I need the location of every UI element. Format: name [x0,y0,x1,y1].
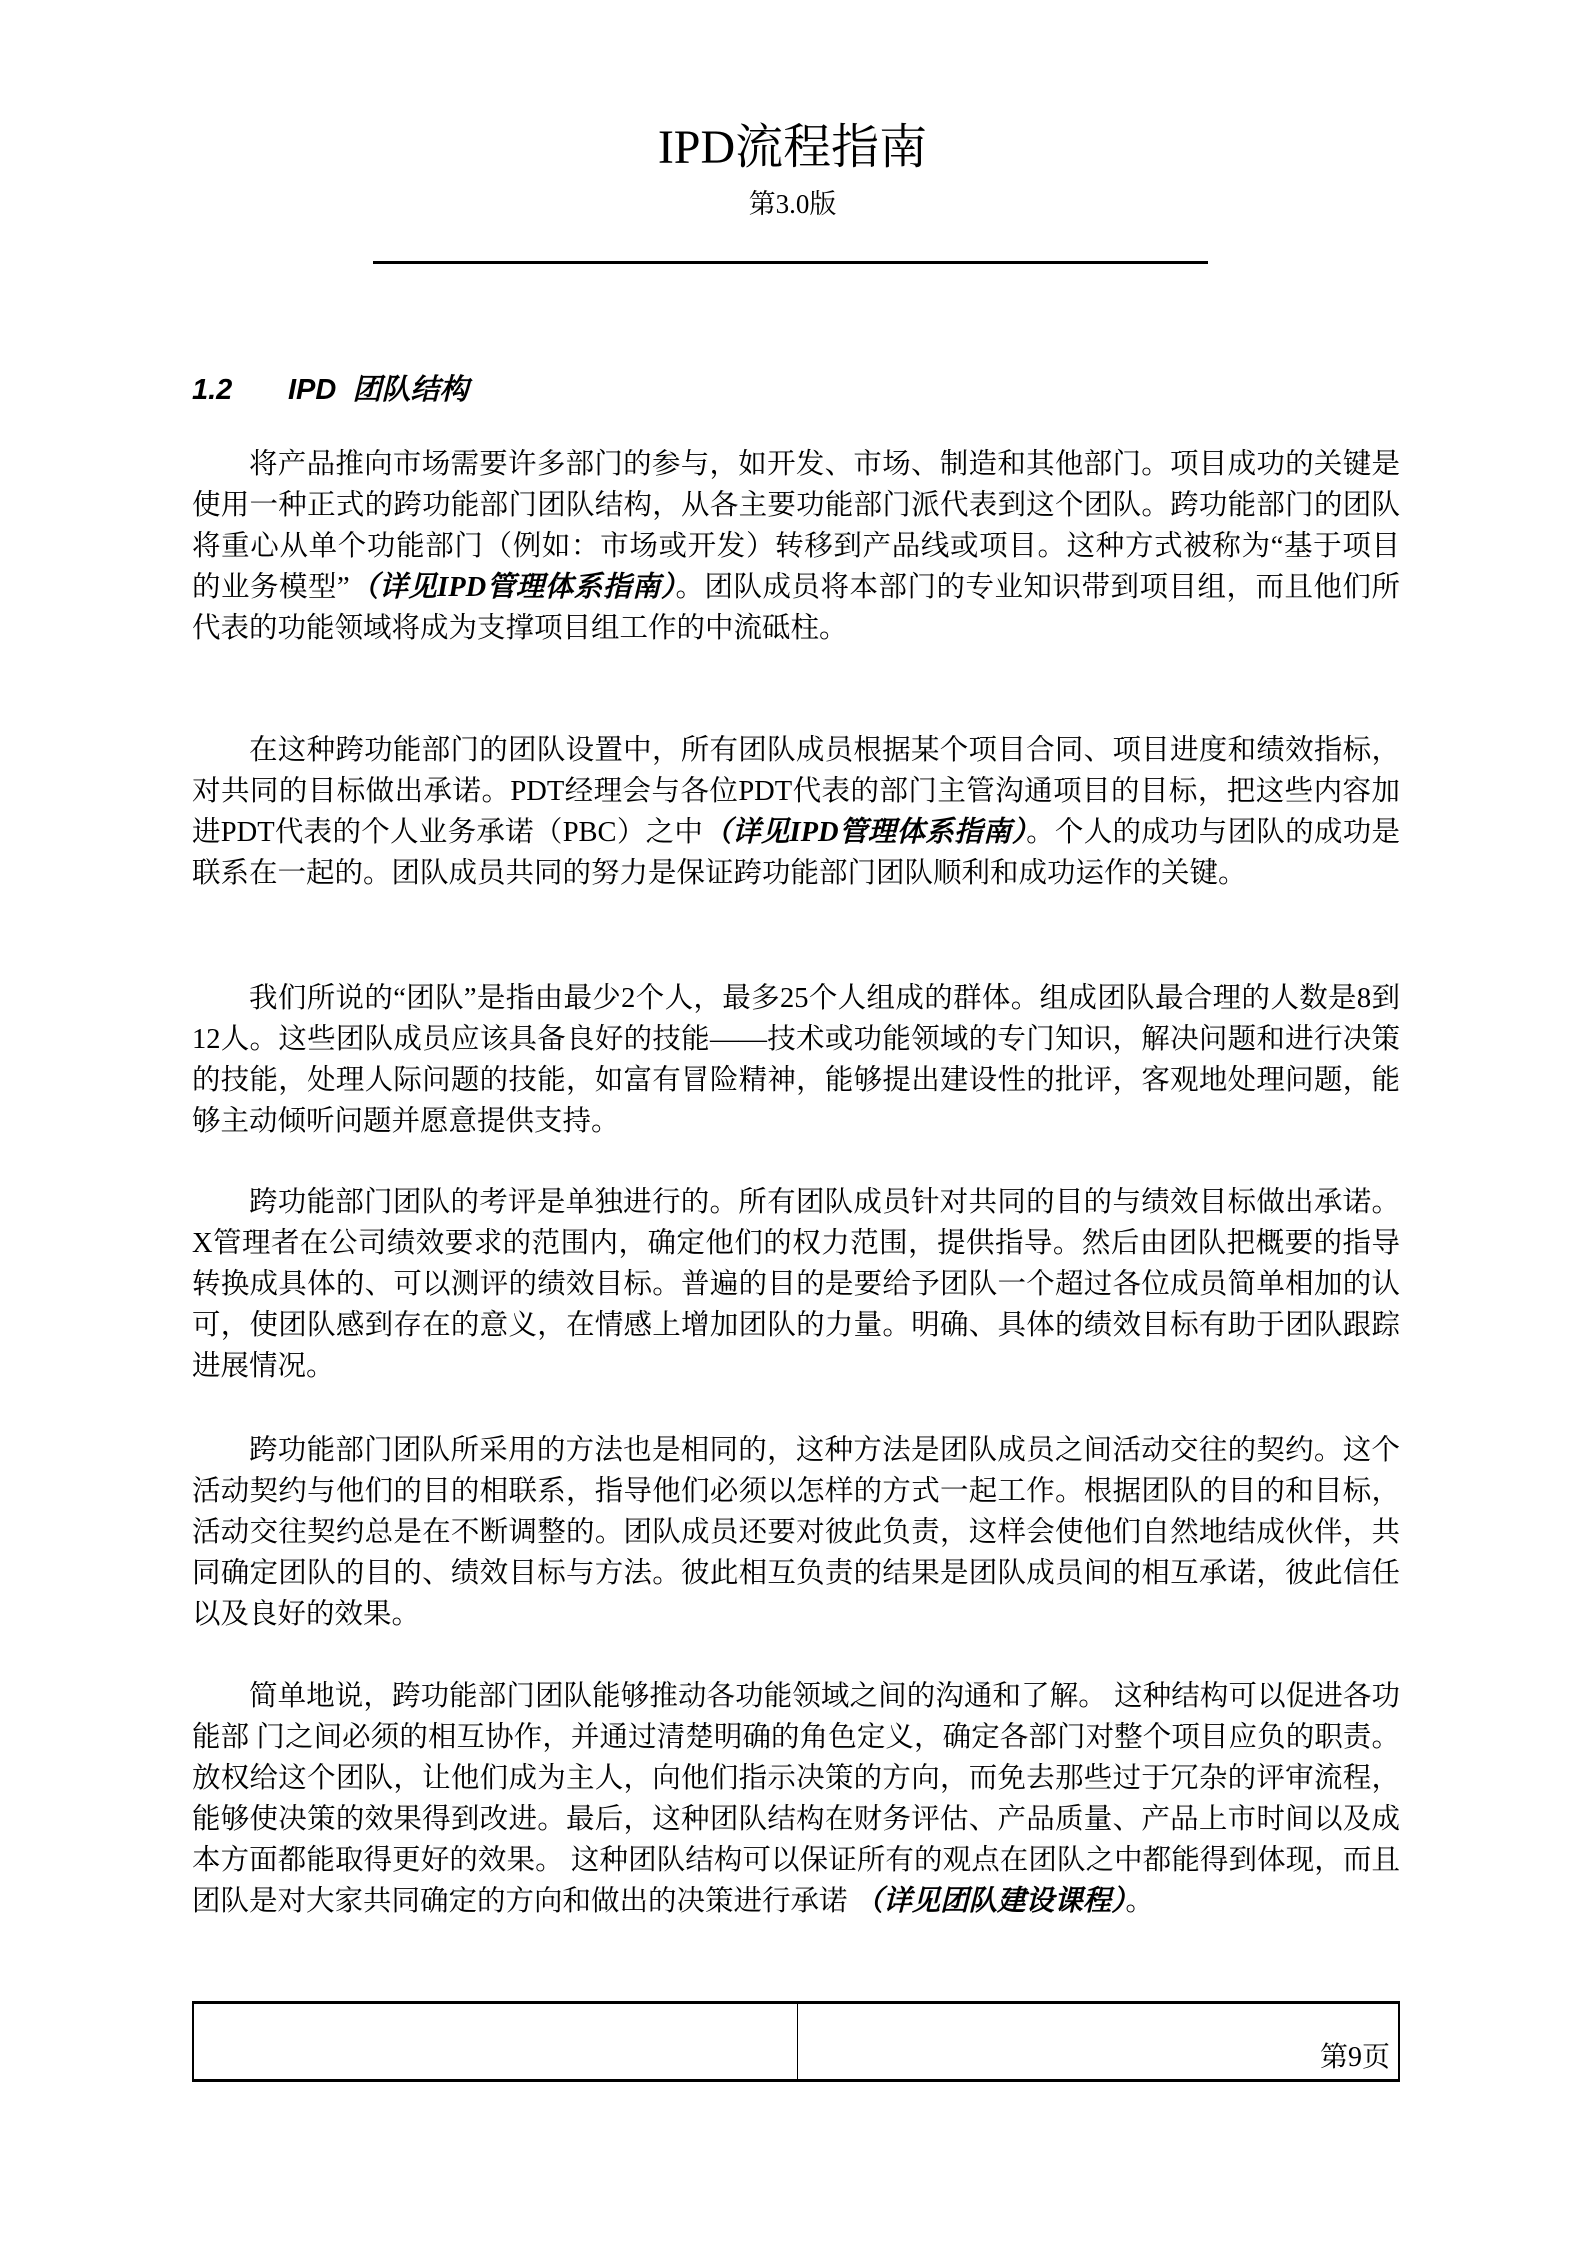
paragraph-6: 简单地说，跨功能部门团队能够推动各功能领域之间的沟通和了解。 这种结构可以促进各… [192,1676,1400,1922]
footer-right-cell: 第9页 [798,2004,1398,2079]
paragraph-5: 跨功能部门团队所采用的方法也是相同的，这种方法是团队成员之间活动交往的契约。这个… [192,1430,1400,1635]
cross-reference: （详见IPD管理体系指南） [350,572,676,603]
paragraph-2: 在这种跨功能部门的团队设置中，所有团队成员根据某个项目合同、项目进度和绩效指标，… [192,730,1400,894]
cross-reference: （详见团队建设课程） [855,1886,1126,1917]
footer-left-cell [194,2004,798,2079]
document-version: 第3.0版 [0,188,1585,220]
section-heading: 1.2IPD 团队结构 [192,372,468,408]
paragraph-1: 将产品推向市场需要许多部门的参与，如开发、市场、制造和其他部门。项目成功的关键是… [192,444,1400,649]
page-number: 第9页 [1320,2041,1390,2075]
document-header-title: IPD流程指南 [0,120,1585,176]
paragraph-text: 简单地说，跨功能部门团队能够推动各功能领域之间的沟通和了解。 这种结构可以促进各… [192,1681,1400,1917]
section-number: 1.2 [192,372,288,408]
section-title: IPD 团队结构 [288,374,468,406]
paragraph-text: 我们所说的“团队”是指由最少2个人，最多25个人组成的群体。组成团队最合理的人数… [192,983,1400,1137]
paragraph-text: 。 [1125,1886,1154,1917]
header-divider [373,261,1208,264]
cross-reference: （详见IPD管理体系指南） [703,817,1026,848]
paragraph-4: 跨功能部门团队的考评是单独进行的。所有团队成员针对共同的目的与绩效目标做出承诺。… [192,1182,1400,1387]
paragraph-text: 跨功能部门团队所采用的方法也是相同的，这种方法是团队成员之间活动交往的契约。这个… [192,1435,1400,1630]
paragraph-3: 我们所说的“团队”是指由最少2个人，最多25个人组成的群体。组成团队最合理的人数… [192,978,1400,1142]
page-footer-table: 第9页 [192,2001,1400,2082]
paragraph-text: 跨功能部门团队的考评是单独进行的。所有团队成员针对共同的目的与绩效目标做出承诺。… [192,1187,1400,1382]
